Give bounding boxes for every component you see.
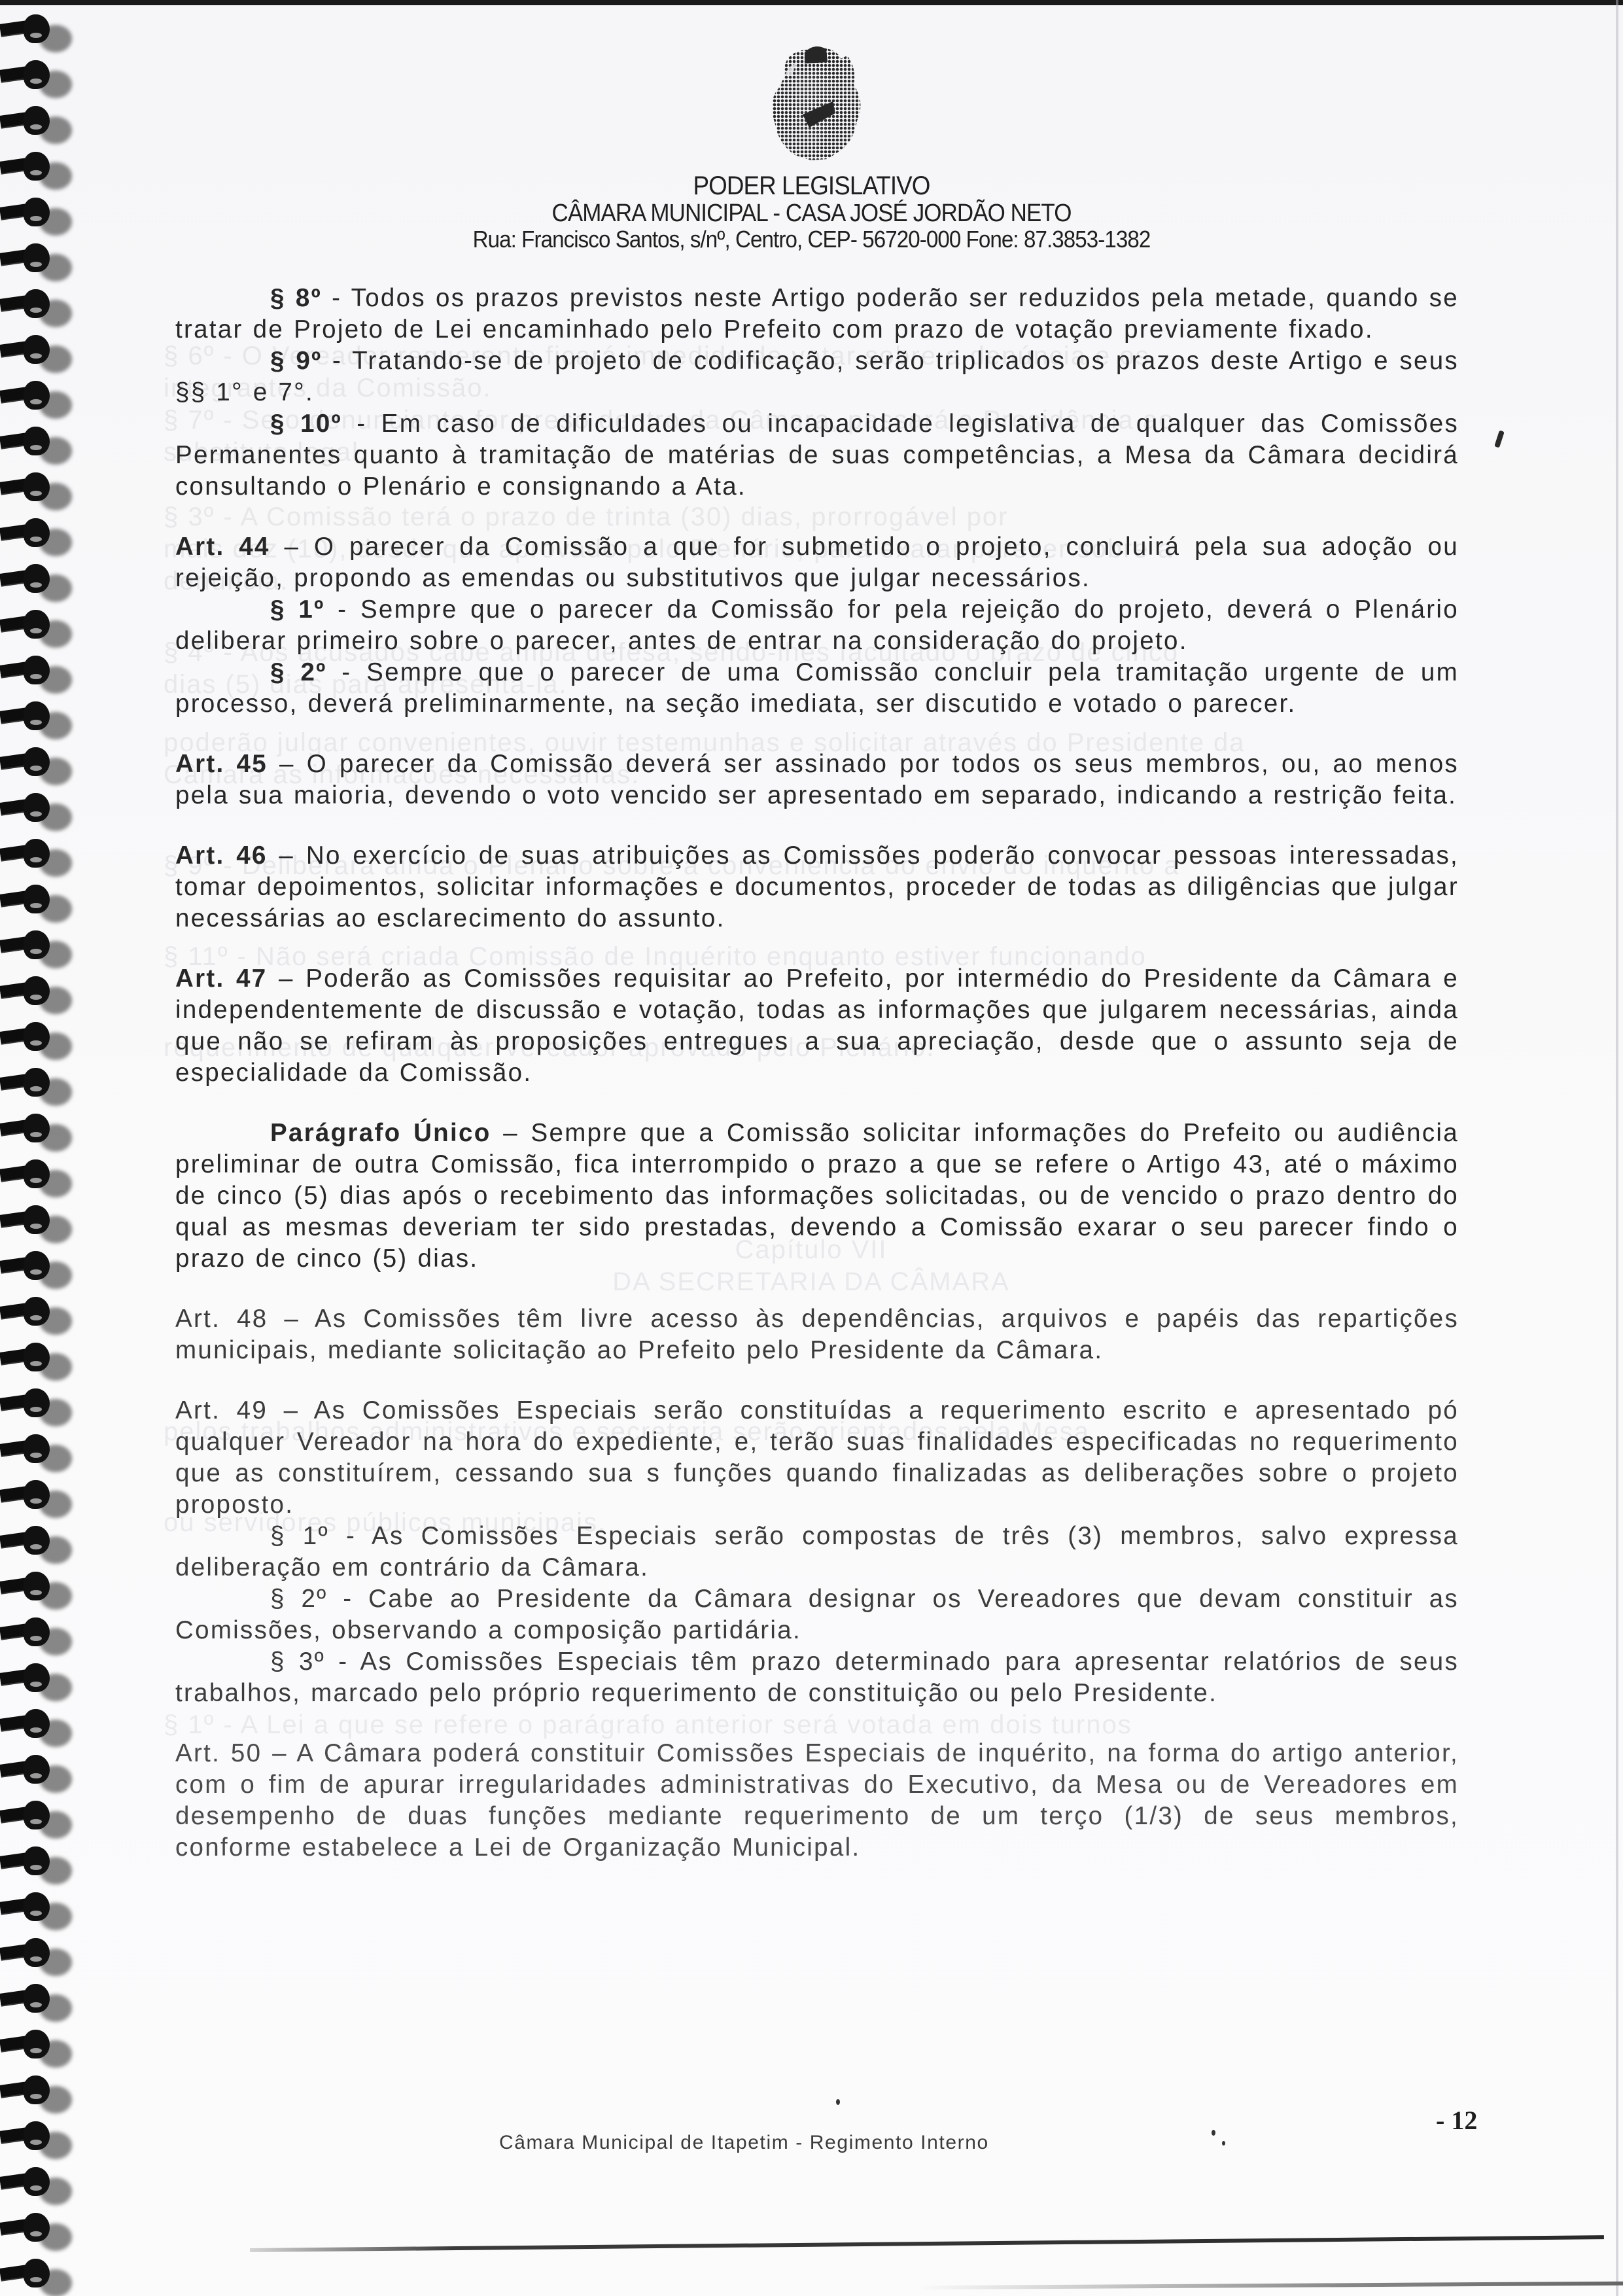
article-text: – As Comissões têm livre acesso às depen…: [175, 1305, 1459, 1364]
coil-hole: [30, 353, 42, 359]
coil-loop: [24, 1159, 50, 1188]
coat-of-arms-icon: [749, 36, 880, 167]
coil-loop: [24, 1709, 50, 1738]
spiral-coil: [0, 380, 79, 416]
coil-hole: [30, 1956, 42, 1962]
coil-hole: [30, 949, 42, 954]
coil-loop: [24, 1938, 50, 1967]
article-47: Art. 47 – Poderão as Comissões requisita…: [175, 963, 1459, 1089]
coil-loop: [24, 1846, 50, 1875]
coil-loop: [24, 2213, 50, 2242]
coil-hole: [30, 1086, 42, 1091]
coil-loop: [24, 1251, 50, 1280]
coil-hole: [30, 1315, 42, 1320]
coil-hole: [30, 1407, 42, 1412]
coil-hole: [30, 995, 42, 1000]
coil-hole: [30, 79, 42, 84]
coil-loop: [24, 1984, 50, 2013]
coil-loop: [24, 930, 50, 959]
article-text: – As Comissões Especiais serão constituí…: [175, 1396, 1459, 1519]
coil-hole: [30, 1453, 42, 1458]
coil-hole: [30, 308, 42, 313]
coil-hole: [30, 1727, 42, 1733]
article-label: Art. 47: [175, 964, 267, 993]
spiral-coil: [0, 792, 79, 828]
spiral-coil: [0, 1662, 79, 1699]
spiral-coil: [0, 883, 79, 920]
paragraph-text: - Sempre que o parecer da Comissão for p…: [175, 595, 1459, 655]
paragraph-text: - As Comissões Especiais têm prazo deter…: [175, 1648, 1459, 1707]
spiral-coil: [0, 1387, 79, 1424]
spiral-coil: [0, 1021, 79, 1057]
spiral-coil: [0, 1296, 79, 1332]
spiral-coil: [0, 929, 79, 966]
coil-hole: [30, 857, 42, 862]
paragraph-label: § 1º: [270, 595, 324, 624]
spiral-coil: [0, 1983, 79, 2019]
coil-loop: [24, 60, 50, 89]
spiral-coil: [0, 609, 79, 645]
coil-hole: [30, 2185, 42, 2191]
coil-loop: [24, 656, 50, 684]
article-47-sole-paragraph: Parágrafo Único – Sempre que a Comissão …: [175, 1118, 1459, 1275]
coil-loop: [24, 1343, 50, 1371]
ink-speck: [836, 2099, 840, 2105]
article-label: Art. 46: [175, 841, 268, 870]
article-44-paragraph-2: § 2º - Sempre que o parecer de uma Comis…: [175, 657, 1459, 720]
coil-loop: [24, 381, 50, 410]
coil-loop: [24, 2259, 50, 2287]
coil-hole: [30, 1498, 42, 1504]
spiral-coil: [0, 1204, 79, 1241]
coil-loop: [24, 1434, 50, 1463]
coil-hole: [30, 720, 42, 725]
coil-loop: [24, 1892, 50, 1921]
article-49-paragraph-3: § 3º - As Comissões Especiais têm prazo …: [175, 1646, 1459, 1709]
article-44: Art. 44 – O parecer da Comissão a que fo…: [175, 531, 1459, 594]
article-label: Art. 49: [175, 1396, 268, 1424]
coil-loop: [24, 2167, 50, 2196]
coil-loop: [24, 427, 50, 455]
coil-hole: [30, 903, 42, 908]
coil-loop: [24, 747, 50, 776]
coil-hole: [30, 1224, 42, 1229]
coil-loop: [24, 839, 50, 868]
spiral-coil: [0, 2074, 79, 2111]
coil-loop: [24, 152, 50, 181]
paragraph-text: - Cabe ao Presidente da Câmara designar …: [175, 1585, 1459, 1644]
coil-hole: [30, 766, 42, 771]
coil-hole: [30, 1132, 42, 1137]
coil-hole: [30, 399, 42, 404]
coil-loop: [24, 1068, 50, 1097]
spiral-coil: [0, 59, 79, 96]
spiral-coil: [0, 1525, 79, 1561]
coil-hole: [30, 1682, 42, 1687]
coil-hole: [30, 2277, 42, 2282]
coil-hole: [30, 124, 42, 130]
paragraph-label: § 1º: [270, 1522, 329, 1550]
article-46: Art. 46 – No exercício de suas atribuiçõ…: [175, 840, 1459, 934]
scan-top-edge: [0, 0, 1623, 5]
coil-hole: [30, 1819, 42, 1824]
paragraph-10: § 10º - Em caso de dificuldades ou incap…: [175, 408, 1459, 503]
spiral-coil: [0, 700, 79, 737]
spiral-coil: [0, 1250, 79, 1286]
spiral-coil: [0, 746, 79, 783]
coil-hole: [30, 2002, 42, 2007]
coil-loop: [24, 793, 50, 822]
spiral-coil: [0, 1845, 79, 1882]
coil-hole: [30, 582, 42, 588]
coil-hole: [30, 811, 42, 817]
paragraph-text: - As Comissões Especiais serão compostas…: [175, 1522, 1459, 1581]
article-48: Art. 48 – As Comissões têm livre acesso …: [175, 1303, 1459, 1366]
paragraph-text: - Todos os prazos previstos neste Artigo…: [175, 284, 1459, 344]
article-text: – Poderão as Comissões requisitar ao Pre…: [175, 964, 1459, 1087]
coil-loop: [24, 1663, 50, 1692]
coil-hole: [30, 1269, 42, 1275]
article-label: Art. 50: [175, 1739, 262, 1767]
paragraph-8: § 8º - Todos os prazos previstos neste A…: [175, 283, 1459, 345]
spiral-coil: [0, 1937, 79, 1973]
paragraph-text: - Tratando-se de projeto de codificação,…: [175, 347, 1459, 406]
spiral-coil: [0, 2166, 79, 2202]
paragraph-label: § 3º: [270, 1648, 325, 1676]
spiral-coil: [0, 1799, 79, 1836]
page-number: - 12: [1436, 2105, 1477, 2136]
spiral-coil: [0, 334, 79, 370]
coil-loop: [24, 472, 50, 501]
spiral-coil: [0, 1570, 79, 1607]
coil-hole: [30, 2094, 42, 2099]
spiral-coil: [0, 654, 79, 691]
spiral-coil: [0, 1616, 79, 1653]
article-50: Art. 50 – A Câmara poderá constituir Com…: [175, 1738, 1459, 1863]
article-44-paragraph-1: § 1º - Sempre que o parecer da Comissão …: [175, 594, 1459, 657]
spiral-coil: [0, 975, 79, 1012]
spiral-coil: [0, 1479, 79, 1515]
coil-loop: [24, 1114, 50, 1142]
coil-loop: [24, 2121, 50, 2150]
coil-hole: [30, 628, 42, 633]
spiral-coil: [0, 471, 79, 508]
footer-title: Câmara Municipal de Itapetim - Regimento…: [499, 2132, 989, 2154]
spiral-coil: [0, 288, 79, 325]
coil-loop: [24, 1572, 50, 1600]
paragraph-text: - Em caso de dificuldades ou incapacidad…: [175, 410, 1459, 501]
coil-loop: [24, 1205, 50, 1234]
coil-loop: [24, 14, 50, 43]
institution-address: Rua: Francisco Santos, s/nº, Centro, CEP…: [65, 226, 1558, 253]
coil-loop: [24, 289, 50, 318]
article-49: Art. 49 – As Comissões Especiais serão c…: [175, 1395, 1459, 1521]
coil-loop: [24, 1617, 50, 1646]
article-49-paragraph-1: § 1º - As Comissões Especiais serão comp…: [175, 1521, 1459, 1583]
coil-loop: [24, 1480, 50, 1509]
coil-loop: [24, 2075, 50, 2104]
spiral-coil: [0, 425, 79, 462]
article-49-paragraph-2: § 2º - Cabe ao Presidente da Câmara desi…: [175, 1583, 1459, 1646]
coil-hole: [30, 216, 42, 221]
coil-loop: [24, 701, 50, 730]
coil-hole: [30, 1040, 42, 1046]
institution-name: CÂMARA MUNICIPAL - CASA JOSÉ JORDÃO NETO: [65, 200, 1558, 228]
spiral-coil: [0, 2257, 79, 2294]
spiral-coil: [0, 563, 79, 599]
coil-loop: [24, 885, 50, 913]
coil-hole: [30, 491, 42, 496]
paragraph-label: Parágrafo Único: [270, 1119, 491, 1147]
spiral-coil: [0, 1158, 79, 1195]
coil-hole: [30, 445, 42, 450]
coil-hole: [30, 1178, 42, 1183]
coil-loop: [24, 1297, 50, 1326]
paragraph-text: - Sempre que o parecer de uma Comissão c…: [175, 658, 1459, 718]
coil-loop: [24, 1022, 50, 1051]
article-text: – No exercício de suas atribuições as Co…: [175, 841, 1459, 932]
coil-hole: [30, 1911, 42, 1916]
institution-title: PODER LEGISLATIVO: [65, 171, 1558, 201]
coil-loop: [24, 198, 50, 226]
spiral-coil: [0, 1341, 79, 1378]
coil-loop: [24, 564, 50, 593]
paragraph-label: § 10º: [270, 410, 342, 438]
paragraph-label: § 2º: [270, 1585, 328, 1613]
coil-loop: [24, 1801, 50, 1829]
coil-loop: [24, 106, 50, 135]
coil-loop: [24, 610, 50, 639]
ink-speck: [1212, 2130, 1215, 2136]
spiral-coil: [0, 1112, 79, 1149]
coil-loop: [24, 1755, 50, 1784]
article-text: – A Câmara poderá constituir Comissões E…: [175, 1739, 1459, 1862]
coil-hole: [30, 1544, 42, 1549]
coil-hole: [30, 2231, 42, 2236]
spiral-coil: [0, 1891, 79, 1928]
article-label: Art. 45: [175, 750, 268, 778]
ink-speck: [1222, 2141, 1225, 2146]
spiral-coil: [0, 1067, 79, 1103]
coil-loop: [24, 243, 50, 272]
coil-hole: [30, 537, 42, 542]
coil-hole: [30, 1361, 42, 1366]
article-label: Art. 48: [175, 1305, 268, 1333]
spiral-coil: [0, 1433, 79, 1470]
coil-loop: [24, 976, 50, 1005]
spiral-coil: [0, 13, 79, 50]
spiral-coil: [0, 105, 79, 141]
coil-hole: [30, 170, 42, 175]
spiral-coil: [0, 2212, 79, 2248]
coil-loop: [24, 2030, 50, 2058]
paragraph-label: § 9º: [270, 347, 322, 375]
article-text: – O parecer da Comissão a que for submet…: [175, 533, 1459, 592]
article-text: – O parecer da Comissão deverá ser assin…: [175, 750, 1459, 809]
coil-hole: [30, 674, 42, 679]
paragraph-9: § 9º - Tratando-se de projeto de codific…: [175, 345, 1459, 408]
coil-hole: [30, 1773, 42, 1778]
spiral-coil: [0, 2028, 79, 2065]
spiral-coil: [0, 1708, 79, 1744]
coil-hole: [30, 2048, 42, 2053]
spiral-coil: [0, 2120, 79, 2157]
coil-hole: [30, 2140, 42, 2145]
page-right-edge: [1616, 0, 1618, 2296]
spiral-binding: [0, 13, 79, 2290]
paragraph-label: § 2º: [270, 658, 327, 686]
coil-loop: [24, 335, 50, 364]
coil-hole: [30, 1865, 42, 1870]
coil-hole: [30, 262, 42, 267]
spiral-coil: [0, 1754, 79, 1790]
coil-loop: [24, 1388, 50, 1417]
coil-hole: [30, 33, 42, 38]
article-45: Art. 45 – O parecer da Comissão deverá s…: [175, 749, 1459, 811]
coil-loop: [24, 518, 50, 547]
spiral-coil: [0, 517, 79, 554]
coil-loop: [24, 1526, 50, 1555]
paragraph-label: § 8º: [270, 284, 322, 312]
document-body: § 8º - Todos os prazos previstos neste A…: [175, 283, 1459, 1863]
spiral-coil: [0, 838, 79, 874]
coil-hole: [30, 1636, 42, 1641]
article-label: Art. 44: [175, 533, 270, 561]
coil-hole: [30, 1590, 42, 1595]
